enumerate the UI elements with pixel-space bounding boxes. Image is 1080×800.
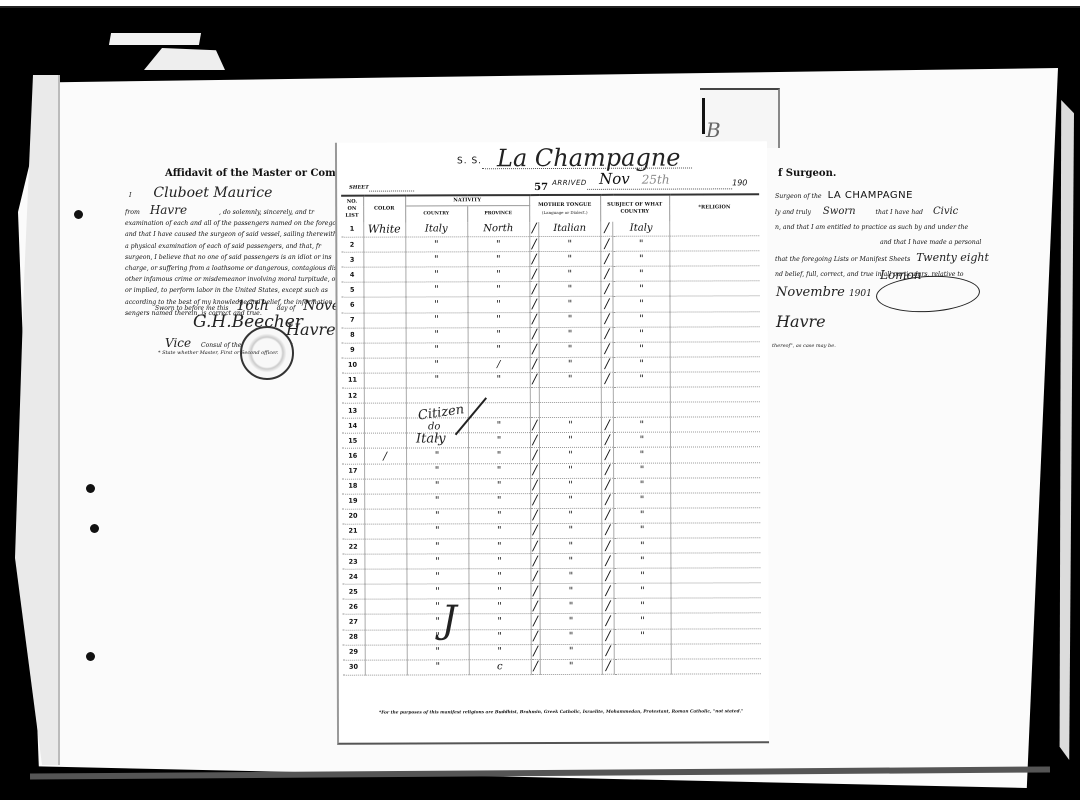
cell-subject: "	[614, 463, 670, 478]
table-row: 10"//"/"	[342, 357, 760, 374]
cell-subject: "	[613, 297, 669, 312]
date-line	[587, 188, 732, 190]
cell-color	[365, 645, 407, 660]
cell-religion	[669, 296, 759, 311]
affidavit-line: , do solemnly, sincerely, and tr	[219, 209, 314, 216]
from-place: Havre	[150, 205, 187, 217]
cell-province: "	[468, 327, 530, 342]
cell-color	[364, 569, 406, 584]
cell-country: "	[406, 524, 468, 539]
cell-m1: /	[529, 282, 539, 297]
cell-religion	[671, 643, 761, 658]
cell-subject: "	[614, 553, 670, 568]
table-row: 26""/"/"	[343, 598, 761, 615]
cell-m2: /	[600, 267, 613, 282]
page-right-edge	[1058, 100, 1074, 760]
cell-m1: /	[530, 372, 540, 387]
table-row: 18""/"/"	[342, 477, 760, 494]
cell-m1: /	[530, 493, 540, 508]
cell-no: 15	[342, 433, 364, 448]
cell-m2: /	[600, 236, 613, 251]
cell-province: c	[469, 659, 531, 674]
binding-hole	[90, 524, 99, 533]
cell-m2: /	[601, 342, 614, 357]
cell-tongue: "	[540, 433, 601, 448]
table-row: 2""/"/"	[341, 236, 759, 253]
cell-color	[364, 388, 406, 403]
cell-religion	[670, 432, 760, 447]
cell-country: "	[406, 478, 468, 493]
cell-m2: /	[602, 644, 615, 659]
cell-m2	[601, 402, 614, 417]
table-row: 14"/"/"	[342, 417, 760, 434]
cell-country: "	[406, 539, 468, 554]
cell-subject: "	[614, 583, 670, 598]
cell-m1: /	[530, 448, 540, 463]
cell-m1: /	[530, 312, 540, 327]
cell-color	[363, 297, 405, 312]
header-no: No. on List	[341, 196, 363, 223]
surgeon-line: and that I have made a personal	[775, 235, 1015, 250]
cell-tongue: "	[540, 463, 601, 478]
cell-tongue: "	[539, 357, 600, 372]
cell-m2: /	[602, 629, 615, 644]
sworn-label: Sworn to before me this	[155, 305, 228, 312]
arrived-label: ARRIVED	[552, 179, 587, 187]
cell-m2: /	[601, 553, 614, 568]
cell-province: "	[468, 584, 530, 599]
cell-m1: /	[530, 433, 540, 448]
cell-color	[364, 418, 406, 433]
table-row: 6""/"/"	[341, 296, 759, 313]
cell-color	[364, 373, 406, 388]
cell-m2: /	[601, 508, 614, 523]
table-row: 17""/"/"	[342, 462, 760, 479]
cell-color	[363, 252, 405, 267]
cell-tongue: "	[540, 508, 601, 523]
cell-religion	[670, 508, 760, 523]
cell-m1: /	[529, 252, 539, 267]
cell-no: 20	[342, 509, 364, 524]
cell-tongue: "	[541, 659, 602, 674]
cell-color	[364, 509, 406, 524]
cell-no: 7	[342, 313, 364, 328]
cell-tongue: "	[540, 493, 601, 508]
cell-subject	[615, 644, 671, 659]
cell-no: 23	[342, 554, 364, 569]
ss-label: S. S.	[457, 156, 482, 166]
cell-m1: /	[530, 357, 540, 372]
cell-religion	[670, 553, 760, 568]
header-country: Country	[405, 206, 467, 222]
table-row: 27""/"/"	[343, 613, 761, 630]
cell-color	[364, 479, 406, 494]
cell-country: "	[406, 448, 468, 463]
cell-religion	[670, 538, 760, 553]
cell-province: "	[469, 644, 531, 659]
cell-country: "	[406, 463, 468, 478]
cell-subject: "	[614, 598, 670, 613]
cell-no: 5	[341, 283, 363, 298]
cell-m2: /	[601, 297, 614, 312]
cell-country: "	[407, 660, 469, 675]
cell-religion	[670, 387, 760, 402]
cell-subject: "	[614, 614, 670, 629]
cell-subject: "	[613, 342, 669, 357]
cell-m1: /	[530, 478, 540, 493]
table-row: 3""/"/"	[341, 251, 759, 268]
cell-country: "	[405, 237, 467, 252]
cell-subject: "	[613, 281, 669, 296]
cell-province: "	[468, 523, 530, 538]
cell-no: 30	[343, 660, 365, 675]
cell-tongue: "	[540, 584, 601, 599]
table-row: 12	[342, 387, 760, 404]
header-province: Province	[467, 206, 529, 222]
cell-no: 24	[342, 569, 364, 584]
cell-no: 28	[343, 630, 365, 645]
scan-top-border	[0, 0, 1080, 8]
cell-no: 2	[341, 237, 363, 252]
cell-subject	[615, 659, 671, 674]
header-subject: Subject of what Country	[600, 195, 669, 222]
binding-hole	[74, 210, 83, 219]
cell-province	[468, 403, 530, 418]
cell-color	[364, 554, 406, 569]
table-row: 29""/"/	[343, 643, 761, 660]
surgeon-affidavit-title: f Surgeon.	[778, 168, 836, 179]
cell-subject: "	[614, 372, 670, 387]
cell-tongue: "	[540, 614, 601, 629]
table-row: 19""/"/"	[342, 492, 760, 509]
cell-m1	[530, 388, 540, 403]
cell-tongue: "	[539, 236, 600, 251]
cell-tongue: "	[539, 312, 600, 327]
cell-province: "	[467, 282, 529, 297]
cell-province: "	[468, 539, 530, 554]
cell-subject: "	[614, 508, 670, 523]
cell-country	[406, 388, 468, 403]
from-label: from	[125, 209, 140, 216]
cell-country: "	[406, 554, 468, 569]
cell-religion	[669, 266, 759, 281]
cell-color	[364, 403, 406, 418]
affidavit-line: or implied, to perform labor in the Unit…	[125, 285, 350, 296]
master-name-line: I Cluboet Maurice	[125, 188, 355, 201]
cell-province: "	[469, 614, 531, 629]
cell-color	[364, 524, 406, 539]
cell-m1: /	[531, 599, 541, 614]
cell-tongue: "	[540, 644, 601, 659]
cell-m1: /	[531, 659, 541, 674]
cell-color	[364, 584, 406, 599]
cell-m2: /	[602, 599, 615, 614]
cell-province: "	[468, 463, 530, 478]
affidavit-line: a physical examination of each of said p…	[125, 241, 350, 252]
cell-m2: /	[602, 584, 615, 599]
cell-country: "	[406, 327, 468, 342]
cell-no: 4	[341, 267, 363, 282]
cell-subject	[614, 387, 670, 402]
cell-m2: /	[602, 659, 615, 674]
cell-province: "	[468, 448, 530, 463]
cell-religion	[670, 326, 760, 341]
arrived-month: Nov	[599, 170, 630, 188]
cell-m1: /	[530, 569, 540, 584]
cell-m1: /	[530, 342, 540, 357]
table-row: 9""/"/"	[342, 342, 760, 359]
cell-m1: /	[530, 539, 540, 554]
cell-subject	[614, 402, 670, 417]
surgeon-handwritten: Sworn	[823, 206, 856, 217]
cell-religion	[670, 402, 760, 417]
cell-subject: "	[614, 493, 670, 508]
cell-color	[364, 494, 406, 509]
cell-province: /	[468, 357, 530, 372]
cell-subject: "	[613, 236, 669, 251]
table-row: 4""/"/"	[341, 266, 759, 283]
ship-name-stamp: LA CHAMPAGNE	[828, 190, 913, 201]
cell-color: White	[363, 222, 405, 237]
cell-m1: /	[530, 463, 540, 478]
table-row: 24""/"/"	[342, 568, 760, 585]
arrived-date: Nov25th	[599, 170, 670, 188]
cell-m1: /	[530, 584, 540, 599]
cell-religion	[671, 613, 761, 628]
cell-m2: /	[601, 478, 614, 493]
mother-tongue-sub: (Language or Dialect.)	[531, 209, 599, 216]
affidavit-line: examination of each and all of the passe…	[125, 218, 350, 229]
master-name: Cluboet Maurice	[153, 185, 272, 201]
cell-color: /	[364, 448, 406, 463]
cell-tongue: "	[539, 252, 600, 267]
cell-subject: "	[613, 312, 669, 327]
cell-country: "	[406, 358, 468, 373]
cell-religion	[669, 236, 759, 251]
cell-m1: /	[529, 267, 539, 282]
cell-no: 27	[343, 615, 365, 630]
cell-country: "	[405, 252, 467, 267]
cell-country: Italy	[405, 222, 467, 237]
mother-tongue-label: Mother Tongue	[531, 202, 599, 209]
cell-religion	[670, 492, 760, 507]
affidavit-line: surgeon, I believe that no one of said p…	[125, 252, 350, 263]
cell-m1: /	[529, 237, 539, 252]
consul-place: Havre	[286, 320, 336, 339]
cell-tongue: "	[540, 478, 601, 493]
surgeon-date: Novembre 1901	[776, 285, 872, 300]
cell-m2: /	[601, 357, 614, 372]
cell-country: "	[406, 584, 468, 599]
cell-subject: Italy	[613, 221, 669, 236]
cell-tongue	[540, 387, 601, 402]
cell-color	[364, 539, 406, 554]
cell-m2: /	[600, 221, 613, 236]
manifest-table: No. on List Color Nativity Mother Tongue…	[341, 193, 761, 675]
cell-province: "	[468, 342, 530, 357]
header-religion: *Religion	[669, 194, 759, 221]
cell-religion	[669, 221, 759, 236]
cell-religion	[670, 523, 760, 538]
cell-subject: "	[613, 251, 669, 266]
cell-province: "	[467, 267, 529, 282]
cell-m1: /	[531, 644, 541, 659]
cell-m1	[530, 403, 540, 418]
cell-m2: /	[601, 312, 614, 327]
cell-no: 22	[342, 539, 364, 554]
cell-color	[363, 237, 405, 252]
cell-m1: /	[529, 297, 539, 312]
table-row: 15""/"/"	[342, 432, 760, 449]
surgeon-line: ly and truly	[775, 209, 811, 216]
cell-religion	[671, 598, 761, 613]
cell-m2: /	[600, 251, 613, 266]
sheet-count-handwritten: Twenty eight	[916, 251, 989, 264]
manifest-sheet: S. S. La Champagne SHEET 57 ARRIVED Nov2…	[335, 141, 769, 745]
cell-no: 25	[342, 584, 364, 599]
cell-religion	[670, 462, 760, 477]
cell-color	[364, 328, 406, 343]
surgeon-line: that I have had	[876, 209, 923, 216]
cell-province: "	[467, 237, 529, 252]
cell-no: 9	[342, 343, 364, 358]
cell-color	[365, 599, 407, 614]
sheet-line	[369, 190, 414, 191]
binding-hole	[86, 484, 95, 493]
cell-country: "	[406, 569, 468, 584]
cell-subject: "	[613, 327, 669, 342]
cell-m2: /	[601, 372, 614, 387]
table-row: 11""/"/"	[342, 372, 760, 389]
table-row: 1WhiteItalyNorth/Italian/Italy	[341, 221, 759, 238]
table-row: 21""/"/"	[342, 523, 760, 540]
cell-color	[364, 313, 406, 328]
cell-m2: /	[601, 418, 614, 433]
cell-m2	[601, 387, 614, 402]
cell-m1: /	[530, 554, 540, 569]
affidavit-line: other infamous crime or misdemeanor invo…	[125, 274, 350, 285]
cell-religion	[670, 311, 760, 326]
cell-religion	[670, 357, 760, 372]
cell-province: "	[468, 508, 530, 523]
cell-tongue: "	[540, 372, 601, 387]
table-row: 8""/"/"	[342, 326, 760, 343]
surgeon-line: that the foregoing Lists or Manifest She…	[775, 256, 910, 263]
surgeon-handwritten: Civic	[933, 206, 958, 217]
cell-subject: "	[614, 357, 670, 372]
cell-religion	[670, 417, 760, 432]
cell-religion	[670, 447, 760, 462]
cell-religion	[670, 372, 760, 387]
sheet-label: SHEET	[349, 185, 369, 191]
cell-no: 3	[341, 252, 363, 267]
annotation-bracket-mark: J	[442, 597, 457, 641]
day-of-label: day of	[277, 305, 296, 312]
cell-m2: /	[601, 327, 614, 342]
cell-country: "	[407, 644, 469, 659]
cell-m1: /	[529, 222, 539, 237]
cell-province: North	[467, 222, 529, 237]
cell-province	[468, 388, 530, 403]
cell-country: "	[405, 267, 467, 282]
cell-country: "	[407, 614, 469, 629]
cell-religion	[670, 477, 760, 492]
cell-province: "	[468, 312, 530, 327]
cell-country: "	[406, 493, 468, 508]
cell-country: "	[406, 343, 468, 358]
cell-tongue: "	[539, 282, 600, 297]
cell-no: 26	[343, 599, 365, 614]
cell-m1: /	[530, 418, 540, 433]
cell-subject: "	[613, 266, 669, 281]
table-row: 5""/"/"	[341, 281, 759, 298]
affidavit-line: charge, or suffering from a loathsome or…	[125, 263, 350, 274]
cell-no: 18	[342, 479, 364, 494]
surgeon-line: Surgeon of the	[775, 193, 822, 200]
cell-no: 8	[342, 328, 364, 343]
cell-m1: /	[531, 614, 541, 629]
cell-no: 1	[341, 222, 363, 237]
tab-mark: B	[706, 118, 721, 142]
cell-m2: /	[601, 493, 614, 508]
cell-religion	[671, 628, 761, 643]
cell-province: "	[467, 252, 529, 267]
cell-no: 17	[342, 464, 364, 479]
cell-province: "	[468, 433, 530, 448]
surgeon-note: thereof", as case may be.	[772, 343, 836, 349]
page-binding-edge	[15, 75, 60, 765]
cell-m2: /	[602, 614, 615, 629]
cell-tongue: "	[540, 523, 601, 538]
cell-tongue: Italian	[539, 221, 600, 236]
arrived-day: 25th	[642, 173, 670, 187]
table-row: 7""/"/"	[342, 311, 760, 328]
torn-paper-fragment	[135, 48, 225, 70]
cell-m2: /	[601, 448, 614, 463]
cell-no: 21	[342, 524, 364, 539]
cell-m1: /	[530, 508, 540, 523]
cell-tongue: "	[540, 418, 601, 433]
cell-subject: "	[614, 538, 670, 553]
cell-subject: "	[614, 568, 670, 583]
cell-no: 14	[342, 418, 364, 433]
affidavit-line: and that I have caused the surgeon of sa…	[125, 229, 350, 240]
cell-province: "	[467, 297, 529, 312]
cell-country: "	[406, 509, 468, 524]
table-row: 20""/"/"	[342, 508, 760, 525]
sheet-number: 57	[534, 182, 548, 193]
cell-m2: /	[601, 538, 614, 553]
table-row: 22""/"/"	[342, 538, 760, 555]
cell-no: 13	[342, 403, 364, 418]
cell-province: "	[468, 493, 530, 508]
cell-religion	[670, 583, 760, 598]
table-row: 25""/"/"	[342, 583, 760, 600]
cell-tongue: "	[539, 297, 600, 312]
cell-m2: /	[602, 568, 615, 583]
cell-country: "	[406, 373, 468, 388]
cell-tongue: "	[540, 629, 601, 644]
cell-no: 16	[342, 449, 364, 464]
cell-subject: "	[614, 447, 670, 462]
cell-country: "	[405, 297, 467, 312]
cell-color	[364, 433, 406, 448]
table-row: 13	[342, 402, 760, 419]
cell-religion	[671, 658, 761, 673]
cell-color	[364, 358, 406, 373]
cell-country: "	[405, 282, 467, 297]
cell-m2: /	[601, 433, 614, 448]
